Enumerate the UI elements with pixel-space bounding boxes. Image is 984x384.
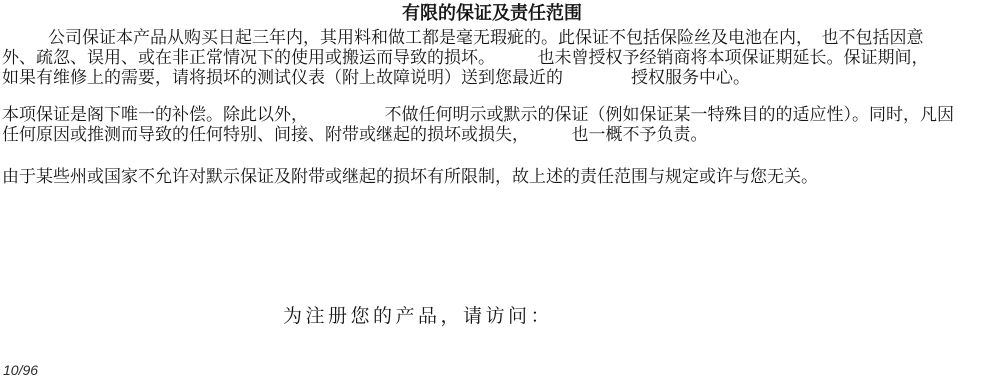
paragraph-line: 任何原因或推测而导致的任何特别、间接、附带或继起的损坏或损失， 也一概不予负责。 [2,125,982,145]
jurisdiction-paragraph-3: 由于某些州或国家不允许对默示保证及附带或继起的损坏有所限制，故上述的责任范围与规… [2,167,982,187]
paragraph-line: 如果有维修上的需要，请将损坏的测试仪表（附上故障说明）送到您最近的 授权服务中心… [2,68,982,88]
paragraph-line: 公司保证本产品从购买日起三年内，其用料和做工都是毫无瑕疵的。此保证不包括保险丝及… [2,28,982,48]
paragraph-line: 外、疏忽、误用、或在非正常情况下的使用或搬运而导致的损坏。 也未曾授权予经销商将… [2,48,982,68]
page-title: 有限的保证及责任范围 [0,2,984,24]
paragraph-line: 本项保证是阁下唯一的补偿。除此以外， 不做任何明示或默示的保证（例如保证某一特殊… [2,105,982,125]
product-registration-prompt: 为注册您的产品，请访问： [283,306,553,328]
paragraph-line: 由于某些州或国家不允许对默示保证及附带或继起的损坏有所限制，故上述的责任范围与规… [2,167,982,187]
warranty-paragraph-1: 公司保证本产品从购买日起三年内，其用料和做工都是毫无瑕疵的。此保证不包括保险丝及… [2,28,982,88]
liability-paragraph-2: 本项保证是阁下唯一的补偿。除此以外， 不做任何明示或默示的保证（例如保证某一特殊… [2,105,982,145]
warranty-document-page: 有限的保证及责任范围 公司保证本产品从购买日起三年内，其用料和做工都是毫无瑕疵的… [0,0,984,384]
footer-date-code: 10/96 [3,362,38,379]
